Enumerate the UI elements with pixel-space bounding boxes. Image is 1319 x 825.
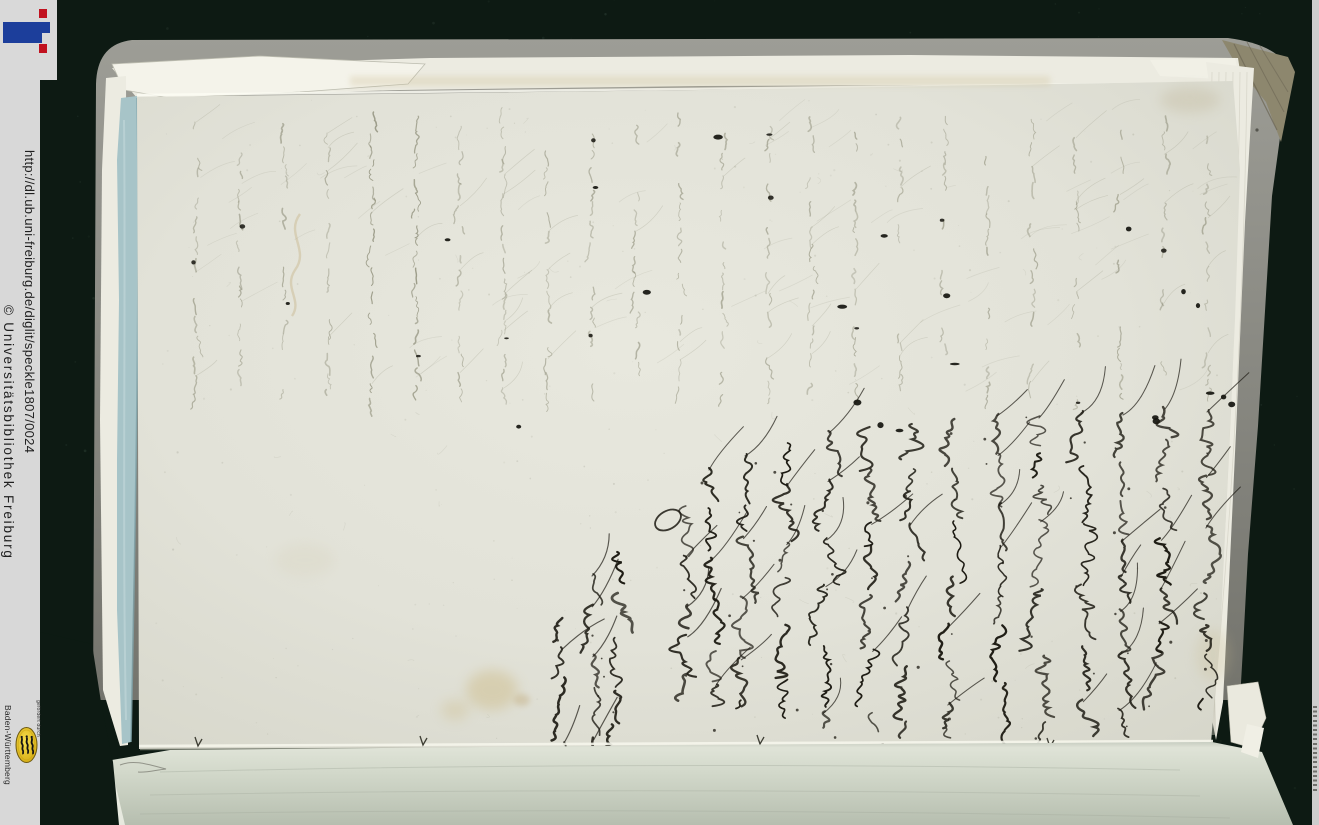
logo-dot-bottom-icon bbox=[39, 44, 47, 53]
source-url-label: http://dl.ub.uni-freiburg.de/diglit/spec… bbox=[22, 150, 37, 453]
logo-bar-bottom-icon bbox=[3, 33, 42, 43]
right-edge-strip bbox=[1312, 0, 1319, 825]
fore-edge-speck bbox=[1255, 128, 1258, 131]
edge-caption-microtext bbox=[1313, 706, 1317, 792]
digitized-manuscript-viewer-frame: http://dl.ub.uni-freiburg.de/diglit/spec… bbox=[0, 0, 1319, 825]
logo-dot-top-icon bbox=[39, 9, 47, 18]
baden-wuerttemberg-crest-icon bbox=[15, 726, 38, 764]
manuscript-page bbox=[137, 81, 1240, 749]
copyright-label: © Universitätsbibliothek Freiburg bbox=[1, 305, 16, 560]
logo-bar-top-icon bbox=[3, 22, 50, 33]
funding-region-label: Baden-Württemberg bbox=[3, 705, 13, 785]
digilib-logo-plate bbox=[0, 0, 57, 80]
scanned-book-photo bbox=[0, 0, 1319, 825]
